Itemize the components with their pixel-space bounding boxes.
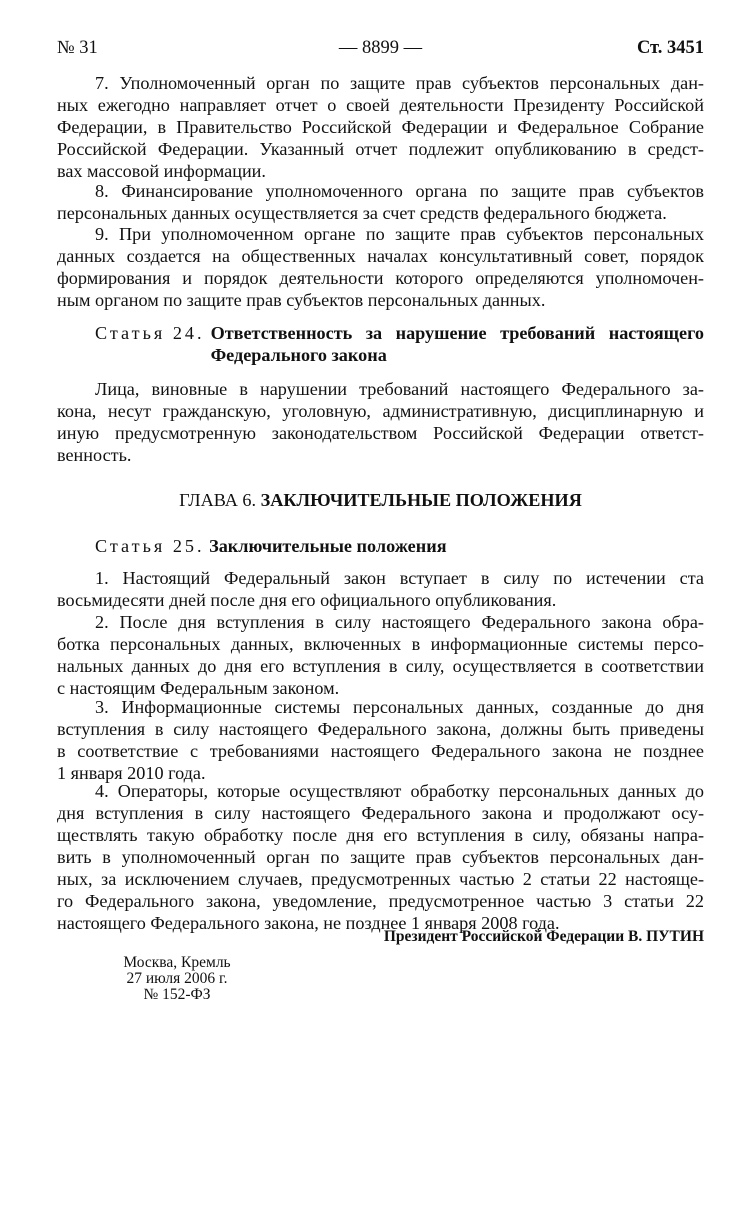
text-line: иную предусмотренную законодательством Р…	[57, 422, 704, 444]
paragraph-9: 9. При уполномоченном органе по защите п…	[57, 223, 704, 311]
text-line: персональных данных осуществляется за сч…	[57, 202, 704, 224]
text-line: го Федерального закона, уведомление, пре…	[57, 890, 704, 912]
text-line: кона, несут гражданскую, уголовную, адми…	[57, 400, 704, 422]
article-24-heading: Статья 24. Ответственность за нарушение …	[95, 322, 704, 366]
article-25-paragraph-4: 4. Операторы, которые осуществляют обраб…	[57, 780, 704, 934]
place-date-block: Москва, Кремль 27 июля 2006 г. № 152-ФЗ	[57, 955, 297, 1003]
article-title: Заключительные положения	[209, 536, 446, 556]
place: Москва, Кремль	[57, 955, 297, 971]
article-25-heading: Статья 25. Заключительные положения	[95, 535, 704, 557]
text-line: дня вступления в силу настоящего Федерал…	[57, 802, 704, 824]
text-line: ных ежегодно направляет отчет о своей де…	[57, 94, 704, 116]
text-line: 2. После дня вступления в силу настоящег…	[57, 611, 704, 633]
article-25-paragraph-3: 3. Информационные системы персональных д…	[57, 696, 704, 784]
article-label: Статья 25.	[95, 536, 205, 556]
article-25-paragraph-2: 2. После дня вступления в силу настоящег…	[57, 611, 704, 699]
text-line: в соответствие с требованиями настоящего…	[57, 740, 704, 762]
text-line: 3. Информационные системы персональных д…	[57, 696, 704, 718]
article-24-body: Лица, виновные в нарушении требований на…	[57, 378, 704, 466]
text-line: вступления в силу настоящего Федеральног…	[57, 718, 704, 740]
chapter-title: ЗАКЛЮЧИТЕЛЬНЫЕ ПОЛОЖЕНИЯ	[261, 490, 582, 510]
text-line: восьмидесяти дней после дня его официаль…	[57, 589, 704, 611]
signature: Президент Российской Федерации В. ПУТИН	[384, 928, 704, 946]
text-line: Российской Федерации. Указанный отчет по…	[57, 138, 704, 160]
text-line: 4. Операторы, которые осуществляют обраб…	[57, 780, 704, 802]
text-line: ботка персональных данных, включенных в …	[57, 633, 704, 655]
article-25-paragraph-1: 1. Настоящий Федеральный закон вступает …	[57, 567, 704, 611]
page-header: № 31 — 8899 — Ст. 3451	[57, 38, 704, 62]
text-line: нальных данных до дня его вступления в с…	[57, 655, 704, 677]
text-line: 1. Настоящий Федеральный закон вступает …	[57, 567, 704, 589]
text-line: ществлять такую обработку после дня его …	[57, 824, 704, 846]
article-label: Статья 24.	[95, 322, 205, 366]
law-number: № 152-ФЗ	[57, 987, 297, 1003]
text-line: 9. При уполномоченном органе по защите п…	[57, 223, 704, 245]
text-line: 7. Уполномоченный орган по защите прав с…	[57, 72, 704, 94]
text-line: вах массовой информации.	[57, 160, 704, 182]
paragraph-8: 8. Финансирование уполномоченного органа…	[57, 180, 704, 224]
text-line: Лица, виновные в нарушении требований на…	[57, 378, 704, 400]
text-line: Федерации, в Правительство Российской Фе…	[57, 116, 704, 138]
text-line: формирования и порядок деятельности кото…	[57, 267, 704, 289]
chapter-prefix: ГЛАВА 6.	[179, 490, 256, 510]
text-line: данных создается на общественных началах…	[57, 245, 704, 267]
text-line: ным органом по защите прав субъектов пер…	[57, 289, 704, 311]
article-title: Ответственность за нарушение требований …	[211, 322, 704, 366]
article-reference: Ст. 3451	[637, 38, 704, 59]
text-line: 8. Финансирование уполномоченного органа…	[57, 180, 704, 202]
chapter-6-heading: ГЛАВА 6. ЗАКЛЮЧИТЕЛЬНЫЕ ПОЛОЖЕНИЯ	[57, 490, 704, 511]
page-number: — 8899 —	[57, 38, 704, 59]
text-line: вить в уполномоченный орган по защите пр…	[57, 846, 704, 868]
paragraph-7: 7. Уполномоченный орган по защите прав с…	[57, 72, 704, 182]
date: 27 июля 2006 г.	[57, 971, 297, 987]
text-line: венность.	[57, 444, 704, 466]
text-line: ных, за исключением случаев, предусмотре…	[57, 868, 704, 890]
